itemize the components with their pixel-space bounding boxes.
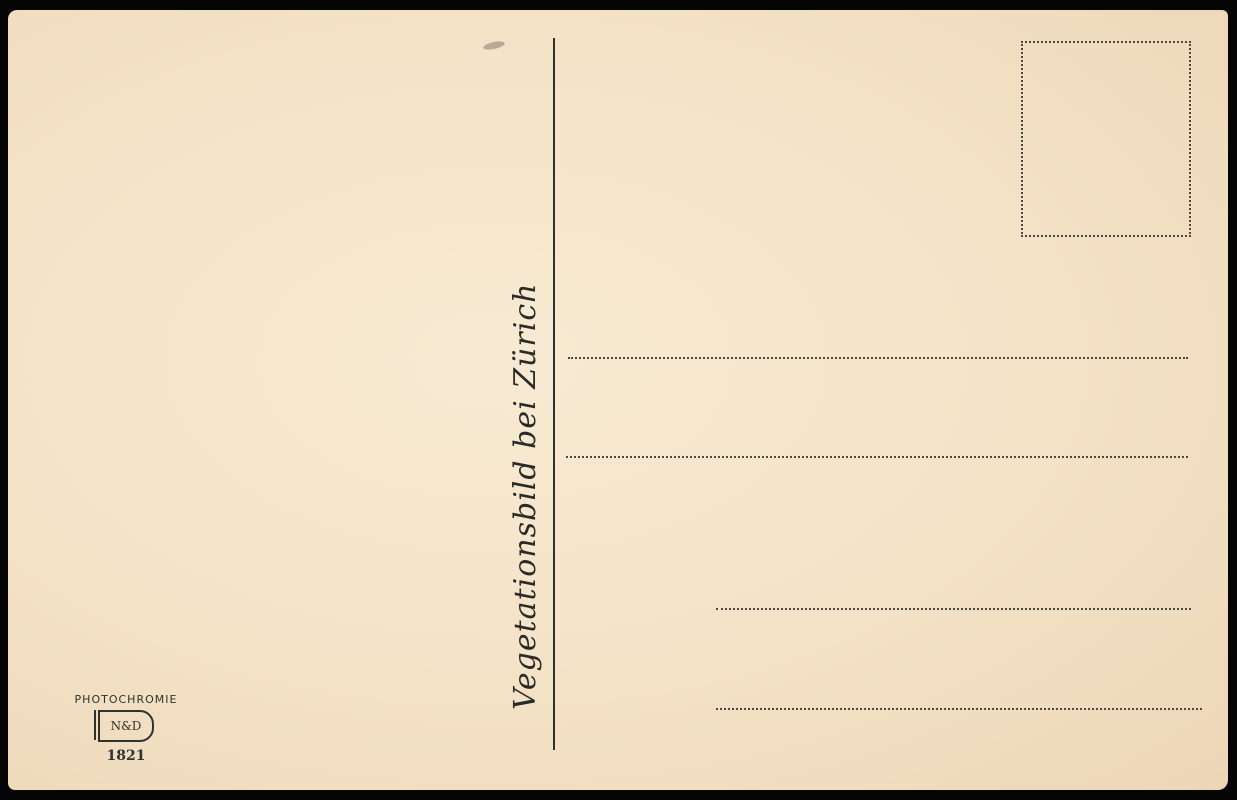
address-line-4: [716, 708, 1202, 710]
stamp-box: [1021, 41, 1191, 237]
handwritten-caption: Vegetationsbild bei Zürich: [508, 283, 543, 710]
postcard-back: Vegetationsbild bei Zürich PHOTOCHROMIE …: [8, 10, 1228, 790]
publisher-brand: PHOTOCHROMIE: [56, 693, 196, 706]
publisher-mark: PHOTOCHROMIE N&D 1821: [56, 693, 196, 764]
smudge-mark: [483, 40, 506, 51]
address-line-2: [566, 456, 1188, 458]
center-divider-line: [553, 38, 555, 750]
address-line-3: [716, 608, 1191, 610]
address-line-1: [568, 357, 1188, 359]
publisher-logo-icon: N&D: [98, 710, 154, 742]
card-number: 1821: [56, 748, 196, 764]
